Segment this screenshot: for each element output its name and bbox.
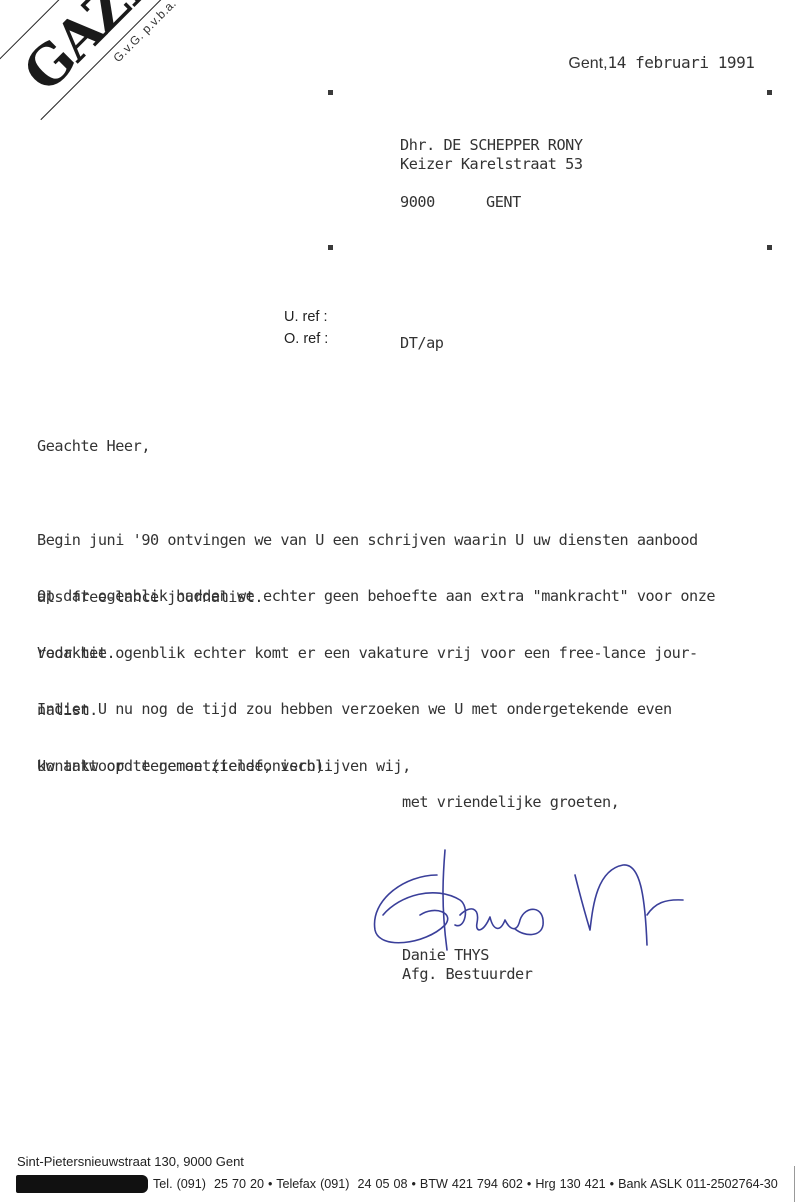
company-legal-form: G.v.G. p.v.b.a. bbox=[110, 0, 179, 65]
registration-mark bbox=[767, 90, 772, 95]
logo-top-rule bbox=[0, 0, 238, 119]
salutation: Geachte Heer, bbox=[37, 437, 150, 455]
paragraph-line: Indien U nu nog de tijd zou hebben verzo… bbox=[37, 700, 787, 719]
signatory-name: Danie THYS bbox=[402, 946, 489, 964]
recipient-name: Dhr. DE SCHEPPER RONY bbox=[400, 136, 583, 154]
footer-address: Sint-Pietersnieuwstraat 130, 9000 Gent bbox=[17, 1154, 244, 1169]
our-reference-label: O. ref : bbox=[284, 331, 328, 347]
signatory-title: Afg. Bestuurder bbox=[402, 965, 532, 983]
date-place: Gent, bbox=[568, 55, 607, 72]
recipient-postcode: 9000 bbox=[400, 193, 435, 211]
handwritten-signature bbox=[365, 845, 695, 955]
closing: met vriendelijke groeten, bbox=[402, 793, 619, 811]
letter-date: Gent,14 februari 1991 bbox=[551, 35, 754, 73]
registration-mark bbox=[328, 90, 333, 95]
logo-wordmark: GAZETvanGENT bbox=[11, 0, 345, 104]
date-value: 14 februari 1991 bbox=[608, 53, 755, 72]
registration-mark bbox=[767, 245, 772, 250]
logo-word-gazet: GAZET bbox=[11, 0, 197, 104]
registration-mark bbox=[328, 245, 333, 250]
paragraph-line: Voor het ogenblik echter komt er een vak… bbox=[37, 644, 787, 663]
body-paragraph-5: Uw antwoord tegemoetziende, verblijven w… bbox=[37, 719, 787, 795]
our-reference-value: DT/ap bbox=[400, 334, 443, 352]
paragraph-line: Uw antwoord tegemoetziende, verblijven w… bbox=[37, 757, 787, 776]
your-reference-label: U. ref : bbox=[284, 309, 328, 325]
redacted-block bbox=[16, 1175, 148, 1193]
footer-contact: Tel. (091) 25 70 20 • Telefax (091) 24 0… bbox=[153, 1177, 778, 1191]
recipient-street: Keizer Karelstraat 53 bbox=[400, 155, 583, 173]
recipient-city: GENT bbox=[486, 193, 521, 211]
paragraph-line: Begin juni '90 ontvingen we van U een sc… bbox=[37, 531, 787, 550]
logo-bottom-rule bbox=[40, 0, 288, 120]
paragraph-line: Op dat ogenblik hadden we echter geen be… bbox=[37, 587, 787, 606]
